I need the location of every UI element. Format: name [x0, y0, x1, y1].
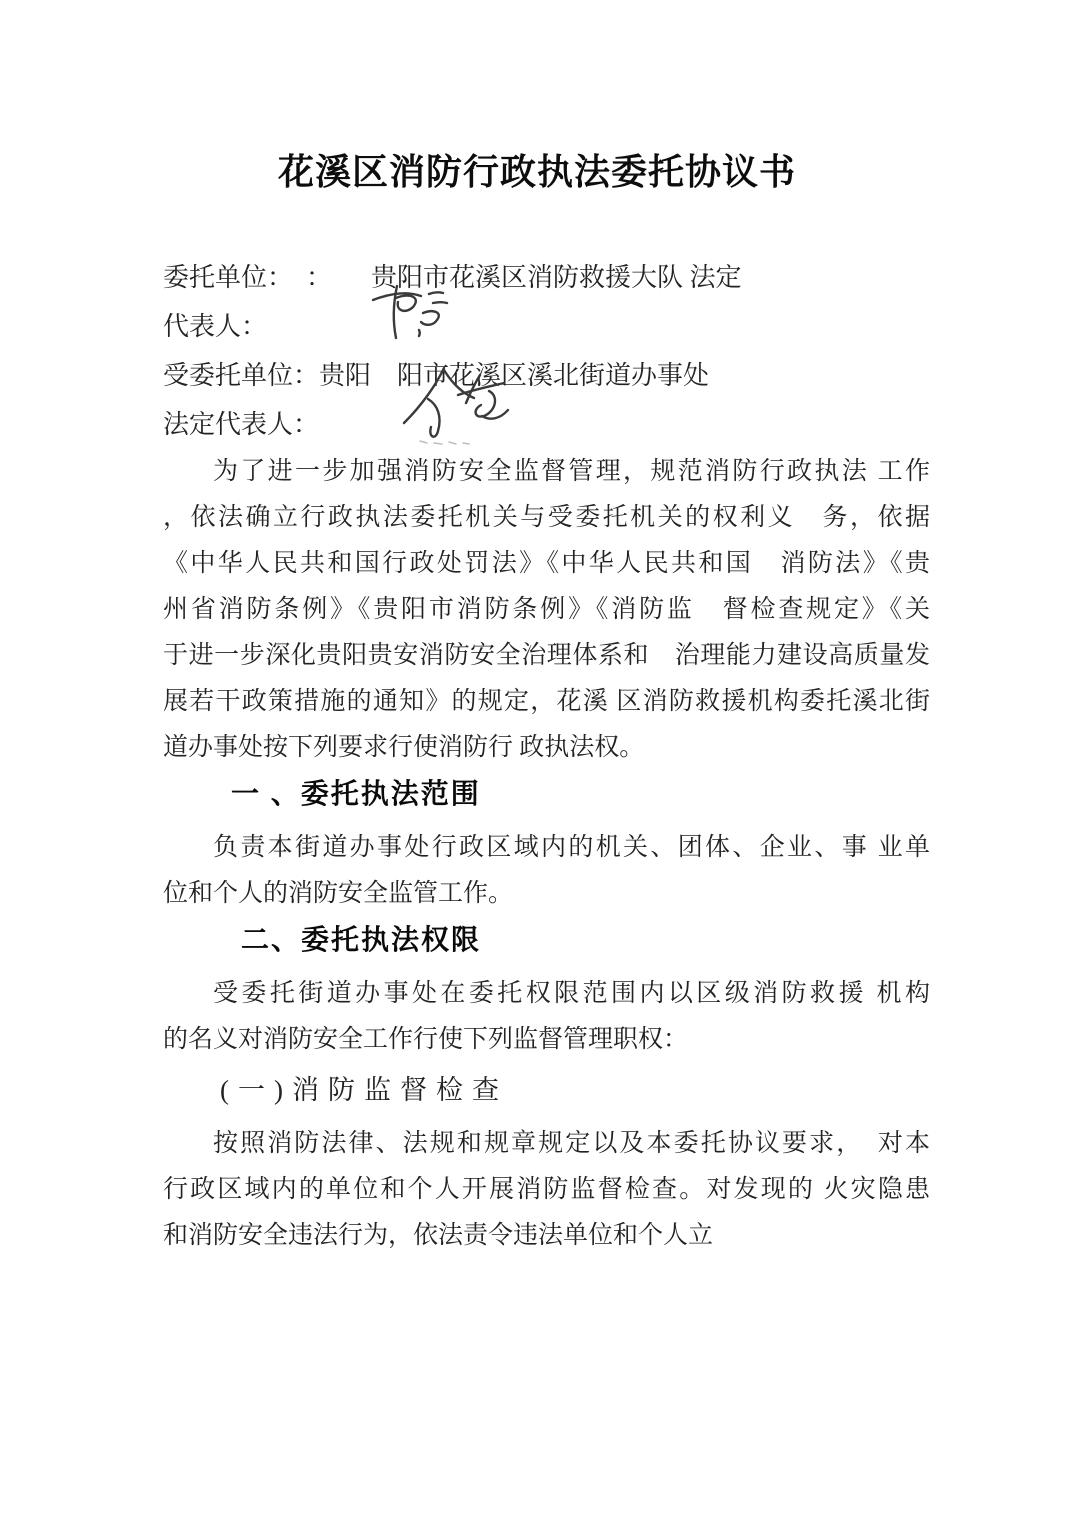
document-page: 花溪区消防行政执法委托协议书 委托单位： ： 贵阳市花溪区消防救援大队 法定 代…: [0, 0, 1074, 1518]
text-line: 按照消防法律、法规和规章规定以及本委托协议要求， 对本: [163, 1121, 930, 1167]
text-line: 行政区域内的单位和个人开展消防监督检查。对发现的 火灾隐患: [163, 1167, 930, 1213]
text-line: 为了进一步加强消防安全监督管理，规范消防行政执法 工作: [163, 449, 930, 495]
document-title: 花溪区消防行政执法委托协议书: [0, 0, 1074, 196]
text-line: ，依法确立行政执法委托机关与受委托机关的权利义 务，依据: [163, 495, 930, 541]
entrusted-unit-line: 受委托单位：贵阳 阳市花溪区溪北街道办事处: [163, 351, 930, 400]
text-line: 于进一步深化贵阳贵安消防安全治理体系和 治理能力建设高质量发: [163, 633, 930, 679]
text-line: 的名义对消防安全工作行使下列监督管理职权：: [163, 1017, 930, 1063]
section-heading-authority: 二、委托执法权限: [163, 917, 930, 963]
section-scope-paragraph: 负责本街道办事处行政区域内的机关、团体、企业、事 业单 位和个人的消防安全监管工…: [163, 825, 930, 917]
representative-line: 代表人：: [163, 302, 930, 351]
text-line: 受委托街道办事处在委托权限范围内以区级消防救援 机构: [163, 971, 930, 1017]
section-heading-scope: 一 、委托执法范围: [163, 771, 930, 817]
parties-block: 委托单位： ： 贵阳市花溪区消防救援大队 法定 代表人： 受委托单位：贵阳 阳市…: [163, 253, 930, 449]
section-authority-paragraph: 受委托街道办事处在委托权限范围内以区级消防救援 机构 的名义对消防安全工作行使下…: [163, 971, 930, 1063]
text-line: 展若干政策措施的通知》的规定，花溪 区消防救援机构委托溪北街: [163, 679, 930, 725]
text-line: 州省消防条例》《贵阳市消防条例》《消防监 督检查规定》《关: [163, 587, 930, 633]
text-line: 和消防安全违法行为，依法责令违法单位和个人立: [163, 1213, 930, 1259]
text-line: 《中华人民共和国行政处罚法》《中华人民共和国 消防法》《贵: [163, 541, 930, 587]
text-line: 位和个人的消防安全监管工作。: [163, 871, 930, 917]
subsection-heading-inspection: (一)消防监督检查: [163, 1067, 930, 1113]
text-line: 道办事处按下列要求行使消防行 政执法权。: [163, 725, 930, 771]
preamble-paragraph: 为了进一步加强消防安全监督管理，规范消防行政执法 工作 ，依法确立行政执法委托机…: [163, 449, 930, 771]
entrusting-unit-line: 委托单位： ： 贵阳市花溪区消防救援大队 法定: [163, 253, 930, 302]
document-body: 委托单位： ： 贵阳市花溪区消防救援大队 法定 代表人： 受委托单位：贵阳 阳市…: [163, 253, 930, 1259]
text-line: 负责本街道办事处行政区域内的机关、团体、企业、事 业单: [163, 825, 930, 871]
inspection-paragraph: 按照消防法律、法规和规章规定以及本委托协议要求， 对本 行政区域内的单位和个人开…: [163, 1121, 930, 1259]
legal-representative-line: 法定代表人：: [163, 400, 930, 449]
